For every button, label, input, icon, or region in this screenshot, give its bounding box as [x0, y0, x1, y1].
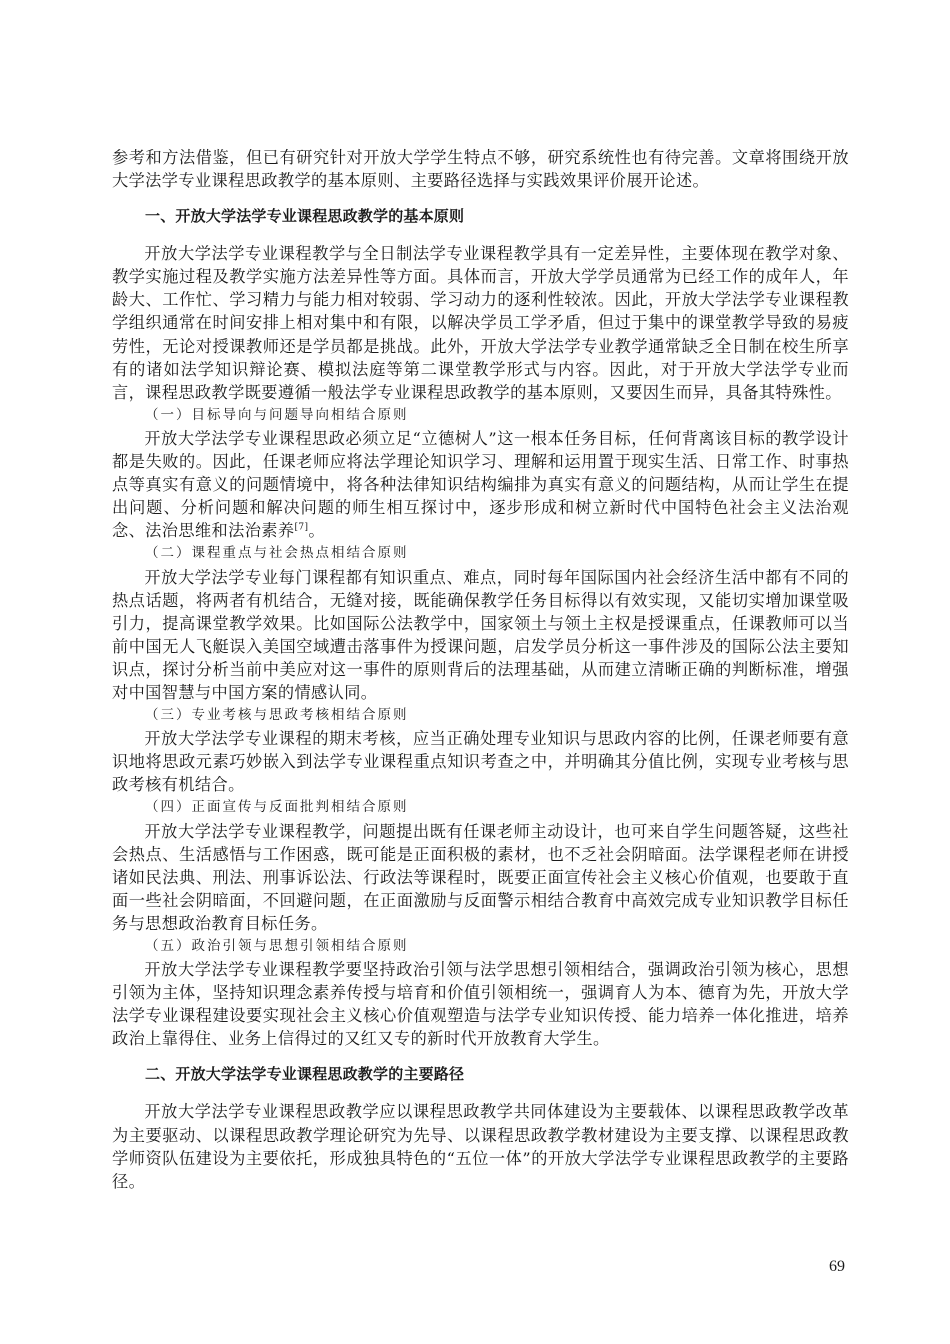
section-heading-1: 一、开放大学法学专业课程思政教学的基本原则 [112, 205, 849, 228]
subsection-paragraph-3: 开放大学法学专业课程的期末考核，应当正确处理专业知识与思政内容的比例，任课老师要… [112, 727, 849, 796]
section2-paragraph: 开放大学法学专业课程思政教学应以课程思政教学共同体建设为主要载体、以课程思政教学… [112, 1100, 849, 1192]
paragraph-text: 开放大学法学专业课程思政必须立足“立德树人”这一根本任务目标，任何背离该目标的教… [112, 429, 849, 540]
intro-paragraph: 参考和方法借鉴，但已有研究针对开放大学学生特点不够，研究系统性也有待完善。文章将… [112, 146, 849, 192]
subsection-paragraph-5: 开放大学法学专业课程教学要坚持政治引领与法学思想引领相结合，强调政治引领为核心，… [112, 958, 849, 1050]
article-body: 参考和方法借鉴，但已有研究针对开放大学学生特点不够，研究系统性也有待完善。文章将… [112, 146, 849, 1193]
paragraph-end: 。 [308, 521, 325, 540]
subsection-paragraph-1: 开放大学法学专业课程思政必须立足“立德树人”这一根本任务目标，任何背离该目标的教… [112, 427, 849, 542]
subsection-heading-3: （三）专业考核与思政考核相结合原则 [112, 704, 849, 727]
subsection-heading-1: （一）目标导向与问题导向相结合原则 [112, 404, 849, 427]
section-heading-2: 二、开放大学法学专业课程思政教学的主要路径 [112, 1063, 849, 1086]
subsection-heading-4: （四）正面宣传与反面批判相结合原则 [112, 796, 849, 819]
citation-ref: [7] [294, 523, 308, 533]
section1-intro-paragraph: 开放大学法学专业课程教学与全日制法学专业课程教学具有一定差异性，主要体现在教学对… [112, 242, 849, 404]
page-number: 69 [829, 1258, 845, 1276]
subsection-paragraph-4: 开放大学法学专业课程教学，问题提出既有任课老师主动设计，也可来自学生问题答疑，这… [112, 820, 849, 935]
subsection-heading-5: （五）政治引领与思想引领相结合原则 [112, 935, 849, 958]
subsection-heading-2: （二）课程重点与社会热点相结合原则 [112, 542, 849, 565]
subsection-paragraph-2: 开放大学法学专业每门课程都有知识重点、难点，同时每年国际国内社会经济生活中都有不… [112, 566, 849, 705]
